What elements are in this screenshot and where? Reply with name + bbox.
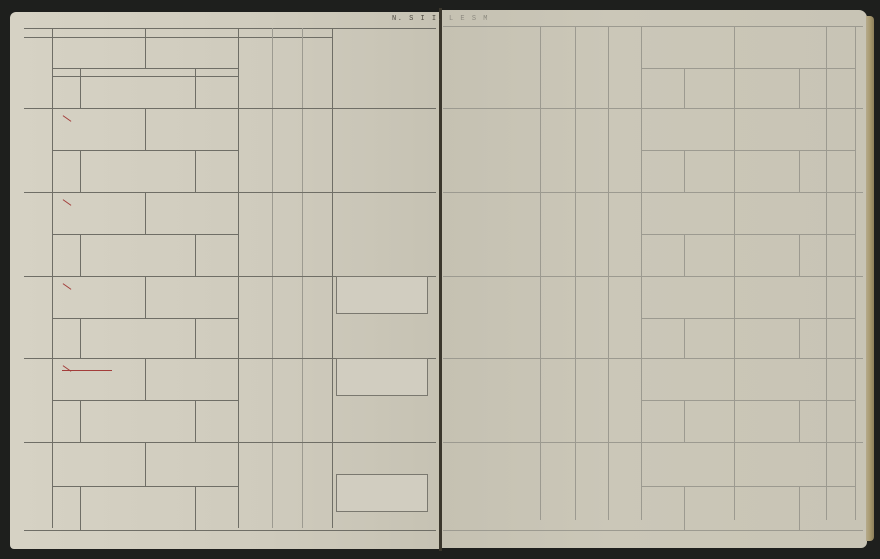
- r-col-rule-g: [855, 26, 856, 520]
- section-col-rule: [80, 150, 81, 192]
- r-area-rule: [684, 318, 685, 358]
- page-code-faded: L E S M: [449, 15, 489, 23]
- r-split-rule: [641, 486, 855, 487]
- r-sec-rule: [799, 150, 800, 192]
- area-col-rule: [195, 68, 196, 108]
- rule-header-bottom: [24, 37, 332, 38]
- status-col-rule: [145, 358, 146, 400]
- r-row-rule: [443, 442, 863, 443]
- rule-owner-split: [145, 28, 146, 68]
- status-col-rule: [145, 192, 146, 234]
- section-col-rule: [80, 68, 81, 108]
- area-col-rule: [195, 486, 196, 530]
- section-col-rule: [80, 400, 81, 442]
- ledger-spread: N. S I I. L E S M: [0, 0, 880, 559]
- r-area-rule: [684, 486, 685, 530]
- transfer-stamp: [336, 192, 430, 218]
- r-row-rule: [443, 276, 863, 277]
- r-split-rule: [641, 150, 855, 151]
- area-col-rule: [195, 400, 196, 442]
- r-sec-rule: [799, 318, 800, 358]
- rule-col-1: [272, 28, 273, 528]
- section-col-rule: [80, 318, 81, 358]
- right-page: [441, 10, 867, 548]
- book-spine: [439, 8, 442, 551]
- r-col-rule-b: [575, 26, 576, 520]
- r-row-rule: [443, 192, 863, 193]
- r-split-rule: [641, 318, 855, 319]
- transfer-stamp: [336, 474, 428, 512]
- area-col-rule: [195, 318, 196, 358]
- r-split-rule: [641, 68, 855, 69]
- page-code: N. S I I. L E S M: [392, 15, 489, 23]
- area-col-rule: [195, 234, 196, 276]
- r-sec-rule: [799, 234, 800, 276]
- transfer-stamp: [336, 276, 428, 314]
- rule-left-margin: [52, 28, 53, 528]
- r-area-rule: [684, 234, 685, 276]
- page-code-text: N. S I I.: [392, 15, 449, 23]
- r-col-rule-c: [608, 26, 609, 520]
- status-col-rule: [145, 108, 146, 150]
- r-area-rule: [684, 68, 685, 108]
- r-col-rule-e: [734, 26, 735, 520]
- r-sec-rule: [799, 400, 800, 442]
- transfer-stamp: [336, 358, 428, 396]
- rule-top: [24, 28, 436, 29]
- r-row-rule: [443, 358, 863, 359]
- r-rule-top: [443, 26, 863, 27]
- r-row-rule: [443, 108, 863, 109]
- r-col-rule-d: [641, 26, 642, 520]
- r-col-rule-f: [826, 26, 827, 520]
- rule-bottom: [24, 530, 436, 531]
- rule-col-2: [302, 28, 303, 528]
- r-area-rule: [684, 400, 685, 442]
- page-edge: [866, 16, 874, 541]
- row-rule: [24, 108, 436, 109]
- r-split-rule: [641, 400, 855, 401]
- rule-col-3: [332, 28, 333, 528]
- rule-col-0: [238, 28, 239, 528]
- r-sec-rule: [799, 486, 800, 530]
- section-col-rule: [80, 486, 81, 530]
- r-row-rule: [443, 530, 863, 531]
- status-col-rule: [145, 442, 146, 486]
- area-col-rule: [195, 150, 196, 192]
- r-col-rule-a: [540, 26, 541, 520]
- row-rule: [24, 442, 436, 443]
- r-area-rule: [684, 150, 685, 192]
- r-sec-rule: [799, 68, 800, 108]
- r-split-rule: [641, 234, 855, 235]
- status-col-rule: [145, 276, 146, 318]
- subheader-rule: [52, 76, 238, 77]
- section-col-rule: [80, 234, 81, 276]
